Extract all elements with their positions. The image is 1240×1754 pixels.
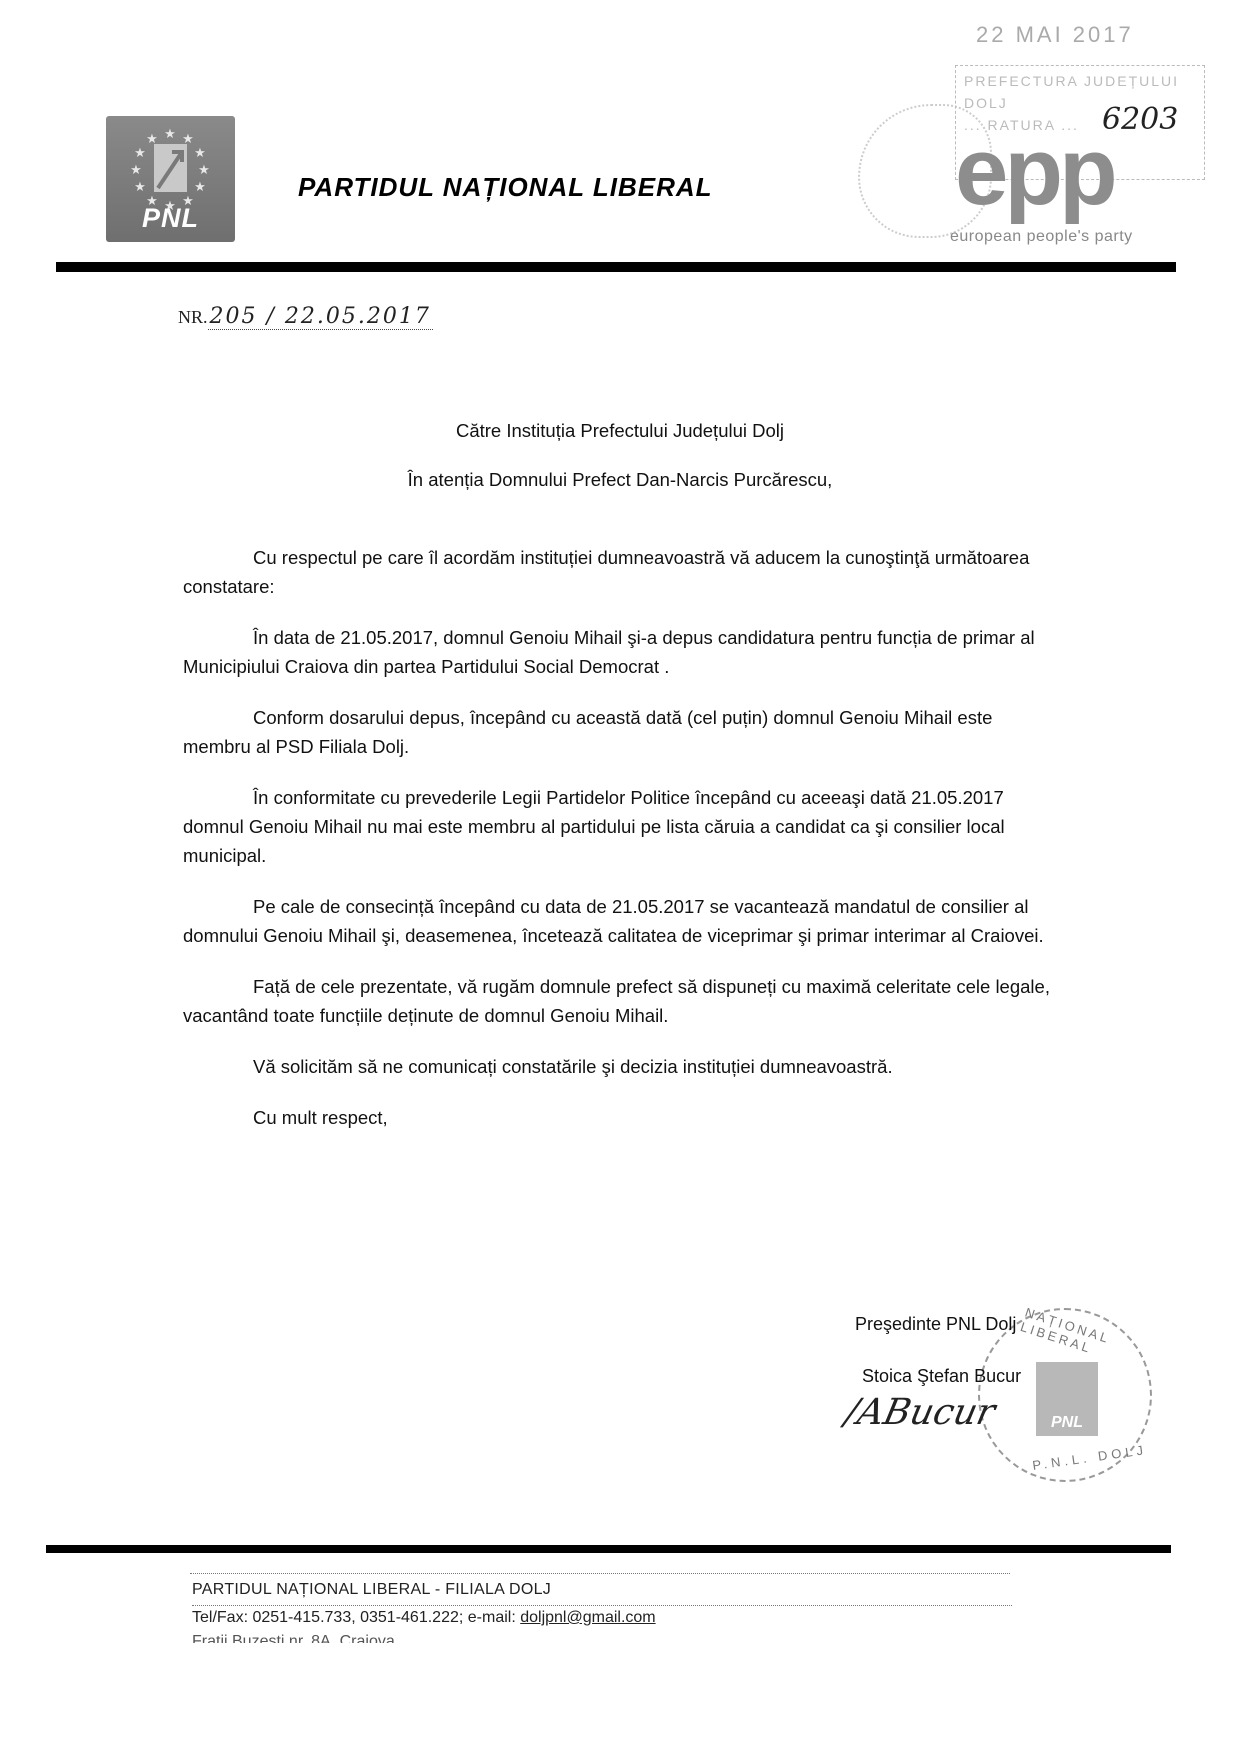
logo-text: PNL — [106, 203, 235, 234]
letter-body: Cu respectul pe care îl acordăm instituț… — [183, 543, 1053, 1154]
svg-text:★: ★ — [146, 131, 158, 146]
svg-text:★: ★ — [194, 179, 206, 194]
svg-text:★: ★ — [130, 162, 142, 177]
registry-number: 6203 — [1102, 102, 1178, 137]
seal-logo: PNL — [1036, 1362, 1098, 1436]
footer-email-link[interactable]: doljpnl@gmail.com — [520, 1609, 655, 1626]
footer-dotted-rule — [192, 1605, 1012, 1606]
paragraph: Față de cele prezentate, vă rugăm domnul… — [183, 972, 1053, 1030]
paragraph: Conform dosarului depus, începând cu ace… — [183, 703, 1053, 761]
epp-logo: epp — [955, 124, 1114, 220]
addressee-line-1: Către Instituția Prefectului Județului D… — [0, 420, 1240, 442]
epp-logo-block: PREFECTURA JUDEȚULUI DOLJ ... RATURA ...… — [840, 60, 1220, 250]
footer-organization: PARTIDUL NAȚIONAL LIBERAL - FILIALA DOLJ — [192, 1581, 551, 1599]
handwritten-signature: /ABucur — [842, 1392, 999, 1433]
footer-address-partial: Fraţii Buzeşti nr. 8A, Craiova — [192, 1633, 395, 1643]
signatory-role: Preşedinte PNL Dolj — [855, 1314, 1016, 1335]
paragraph: Pe cale de consecință începând cu data d… — [183, 892, 1053, 950]
seal-logo-text: PNL — [1036, 1414, 1098, 1432]
reference-label: NR. — [178, 307, 208, 327]
svg-text:★: ★ — [134, 179, 146, 194]
svg-text:★: ★ — [164, 126, 176, 141]
footer-contact: Tel/Fax: 0251-415.733, 0351-461.222; e-m… — [192, 1609, 656, 1627]
addressee-line-2: În atenția Domnului Prefect Dan-Narcis P… — [0, 469, 1240, 491]
header-divider — [56, 262, 1176, 272]
paragraph: În conformitate cu prevederile Legii Par… — [183, 783, 1053, 870]
svg-text:★: ★ — [194, 145, 206, 160]
paragraph: Cu respectul pe care îl acordăm instituț… — [183, 543, 1053, 601]
svg-text:★: ★ — [134, 145, 146, 160]
epp-tagline: european people's party — [950, 228, 1133, 246]
footer-dotted-rule — [190, 1573, 1010, 1574]
footer-phone: Tel/Fax: 0251-415.733, 0351-461.222; e-m… — [192, 1609, 520, 1626]
seal-bottom-text: P.N.L. DOLJ — [1032, 1442, 1148, 1473]
reference-number: NR.205 / 22.05.2017 — [178, 304, 433, 329]
svg-text:★: ★ — [198, 162, 210, 177]
received-date-stamp: 22 MAI 2017 — [976, 22, 1134, 48]
reference-handwritten: 205 / 22.05.2017 — [208, 304, 433, 330]
paragraph: Vă solicităm să ne comunicați constatări… — [183, 1052, 1053, 1081]
signatory-name: Stoica Ştefan Bucur — [862, 1366, 1021, 1387]
party-title: PARTIDUL NAȚIONAL LIBERAL — [298, 172, 713, 203]
paragraph: În data de 21.05.2017, domnul Genoiu Mih… — [183, 623, 1053, 681]
svg-text:★: ★ — [182, 131, 194, 146]
pnl-logo: ★ ★ ★ ★ ★ ★ ★ ★ ★ ★ ★ ★ PNL — [106, 116, 235, 242]
footer-divider — [46, 1545, 1171, 1553]
eu-stars-icon: ★ ★ ★ ★ ★ ★ ★ ★ ★ ★ ★ ★ — [106, 116, 235, 216]
closing: Cu mult respect, — [183, 1103, 1053, 1132]
